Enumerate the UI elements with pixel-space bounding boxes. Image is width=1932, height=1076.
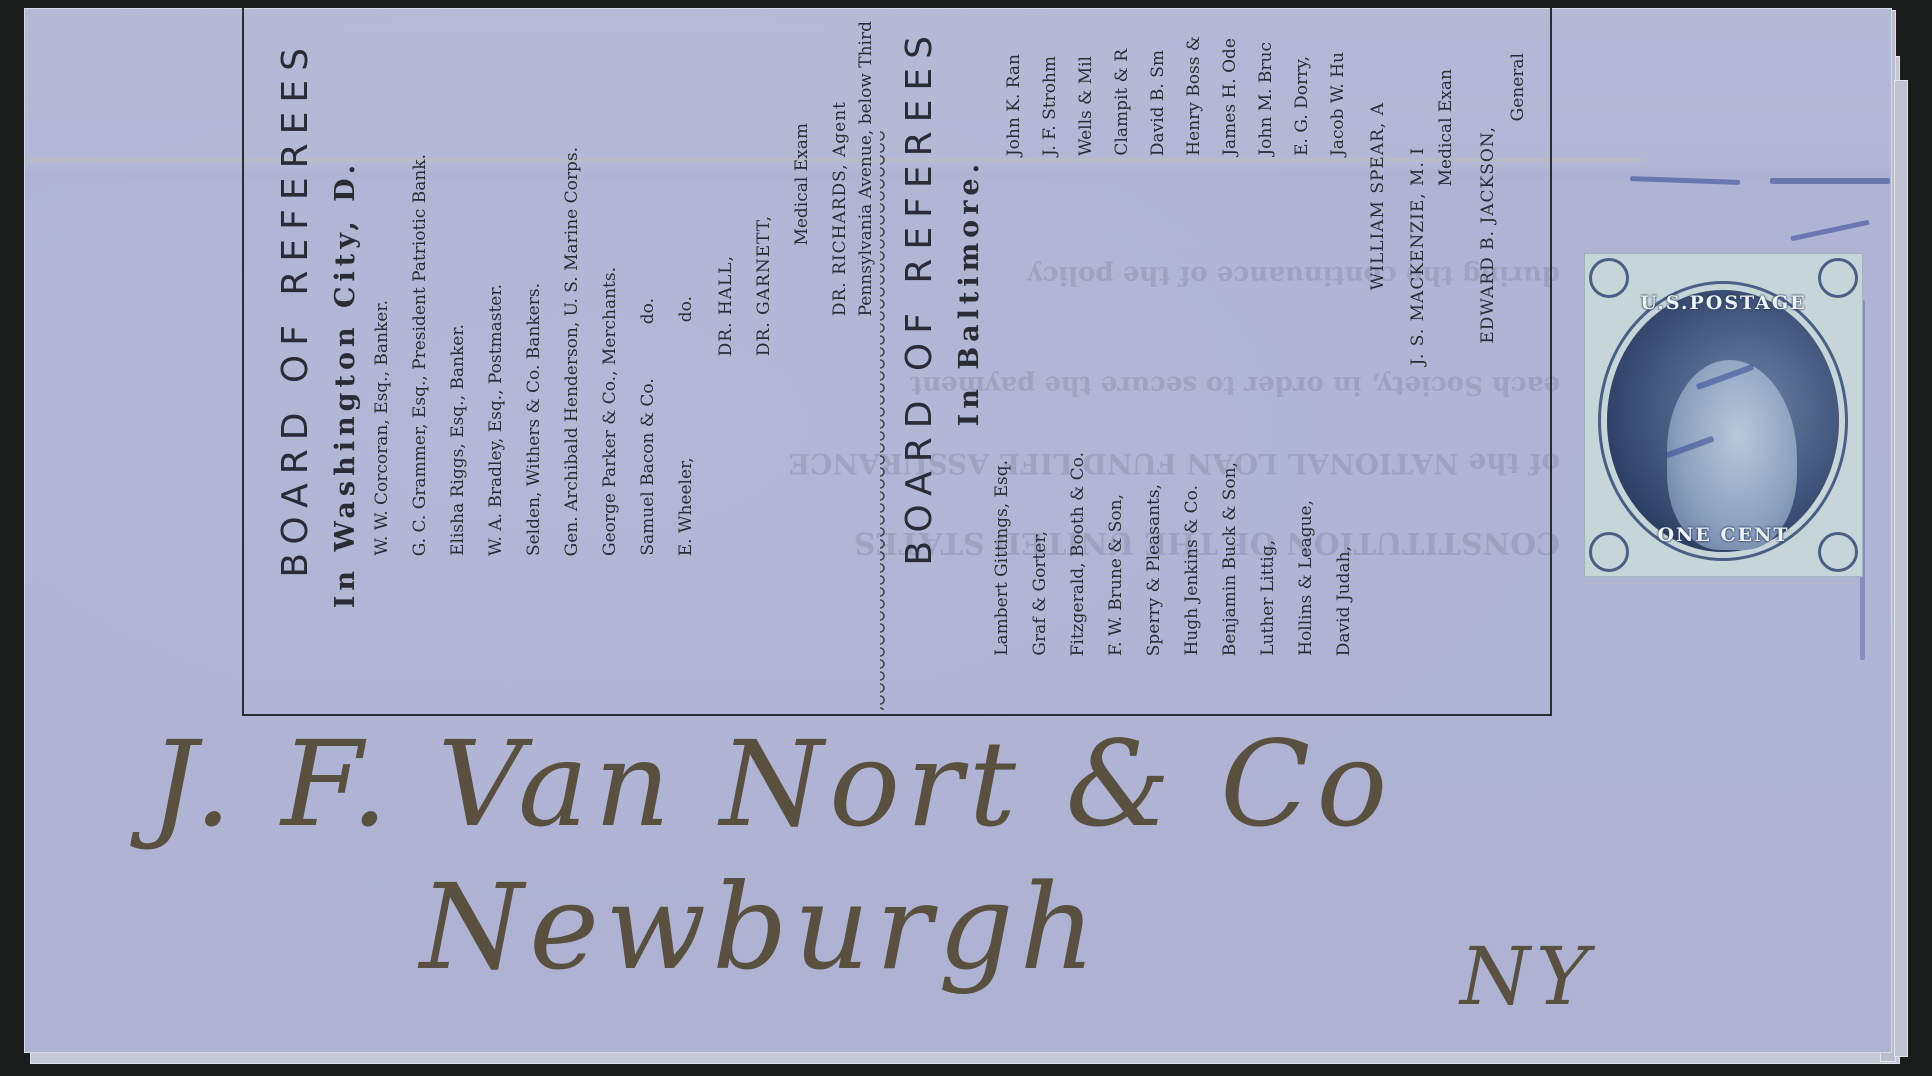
referee-entry: Hollins & League,	[1298, 500, 1315, 656]
agent-address: Pennsylvania Avenue, below Third	[858, 21, 875, 316]
referee-entry: J. F. Strohm	[1042, 56, 1059, 156]
referee-entry: Clampit & R	[1114, 49, 1131, 156]
officer-entry: WILLIAM SPEAR, A	[1370, 102, 1387, 290]
referee-entry: John K. Ran	[1006, 54, 1023, 156]
referee-entry: James H. Ode	[1222, 38, 1239, 156]
referee-entry: W. A. Bradley, Esq., Postmaster.	[488, 284, 505, 556]
referee-entry: E. Wheeler, do.	[678, 296, 695, 556]
referee-entry: George Parker & Co., Merchants.	[602, 267, 619, 556]
referee-entry: Jacob W. Hu	[1330, 52, 1347, 156]
cancel-mark	[1770, 178, 1890, 184]
address-line-2: Newburgh	[420, 858, 1102, 996]
referee-entry: F. W. Brune & Son,	[1108, 494, 1125, 656]
referee-entry: Henry Boss &	[1186, 36, 1203, 156]
printed-circular	[242, 8, 1552, 716]
address-state: NY	[1460, 930, 1595, 1023]
referee-entry: Wells & Mil	[1078, 56, 1095, 156]
referee-entry: Fitzgerald, Booth & Co.	[1070, 452, 1087, 656]
officer-title: Medical Exan	[1438, 69, 1455, 186]
referee-entry: David B. Sm	[1150, 50, 1167, 156]
back-sheet-edge-2	[1894, 80, 1908, 1057]
postage-stamp: U.S.POSTAGE ONE CENT	[1585, 254, 1862, 576]
referee-entry: Graf & Gorter,	[1032, 531, 1049, 656]
stamp-top-label: U.S.POSTAGE	[1585, 292, 1862, 314]
referee-entry: Sperry & Pleasants,	[1146, 484, 1163, 656]
address-line-1: J. F. Van Nort & Co	[150, 715, 1393, 853]
referee-entry: Gen. Archibald Henderson, U. S. Marine C…	[564, 147, 581, 556]
referee-entry: Benjamin Buck & Son,	[1222, 462, 1239, 656]
washington-board-title: BOARD OF REFEREES	[278, 39, 314, 578]
doctor-entry: DR. HALL,	[718, 255, 735, 356]
officer-entry: J. S. MACKENZIE, M. I	[1410, 147, 1427, 366]
doctor-entry: DR. GARNETT,	[756, 215, 773, 356]
referee-entry: John M. Bruc	[1258, 42, 1275, 156]
doctor-title: Medical Exam	[794, 123, 811, 246]
referee-entry: W. W. Corcoran, Esq., Banker.	[374, 300, 391, 556]
agent-entry: DR. RICHARDS, Agent	[832, 101, 849, 316]
referee-entry: Elisha Riggs, Esq., Banker.	[450, 324, 467, 556]
portrait-face	[1667, 360, 1797, 550]
washington-board-subtitle: In Washington City, D.	[332, 160, 359, 608]
stamp-bottom-label: ONE CENT	[1585, 524, 1862, 546]
referee-entry: Lambert Gittings, Esq.	[994, 460, 1011, 656]
referee-entry: Luther Littig,	[1260, 540, 1277, 656]
franklin-portrait-icon	[1607, 290, 1839, 552]
referee-entry: Selden, Withers & Co. Bankers.	[526, 283, 543, 556]
referee-entry: David Judah,	[1336, 546, 1353, 656]
officer-title: General	[1510, 53, 1527, 121]
referee-entry: E. G. Dorry,	[1294, 56, 1311, 156]
officer-entry: EDWARD B. JACKSON,	[1480, 126, 1497, 344]
referee-entry: Samuel Bacon & Co. do.	[640, 298, 657, 556]
referee-entry: Hugh Jenkins & Co.	[1184, 485, 1201, 656]
baltimore-board-subtitle: In Baltimore.	[956, 159, 983, 426]
referee-entry: G. C. Grammer, Esq., President Patriotic…	[412, 154, 429, 556]
wavy-divider	[880, 130, 890, 710]
baltimore-board-title: BOARD OF REFEREES	[902, 27, 938, 566]
